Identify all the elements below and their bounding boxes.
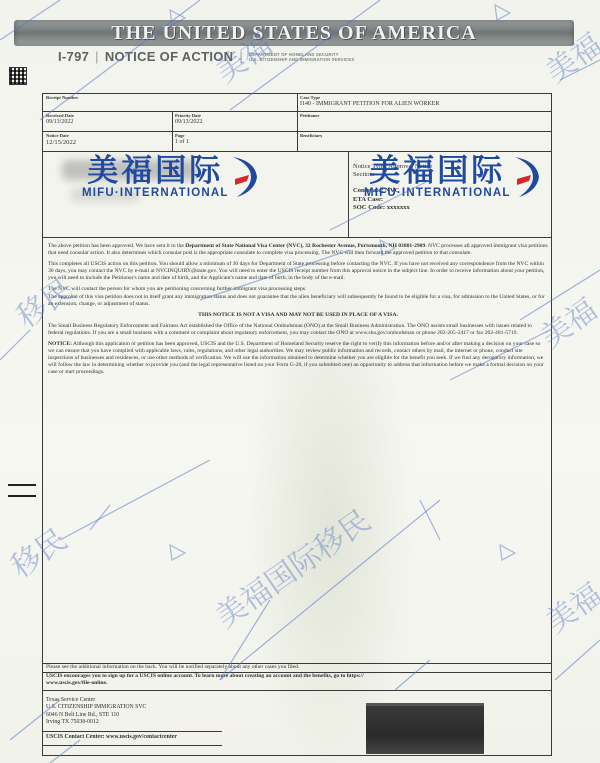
receipt-number-field: Receipt Number xyxy=(46,95,294,101)
divider xyxy=(42,151,552,152)
priority-date-field: Priority Date 09/13/2022 xyxy=(175,113,295,126)
form-number: I-797 xyxy=(58,49,89,64)
divider xyxy=(297,93,298,151)
received-date-field: Received Date 09/13/2022 xyxy=(46,113,170,126)
mifu-logo: 美福国际 MIFU·INTERNATIONAL xyxy=(82,155,259,199)
department-name: Department of Homeland Security U.S. Cit… xyxy=(249,52,354,62)
divider xyxy=(42,237,552,238)
divider xyxy=(42,690,552,691)
page-field: Page 1 of 1 xyxy=(175,133,295,146)
divider xyxy=(172,111,173,151)
see-back-note: Please see the additional information on… xyxy=(46,664,299,671)
contact-center[interactable]: USCIS Contact Center: www.uscis.gov/cont… xyxy=(46,734,177,741)
form-name: NOTICE OF ACTION xyxy=(105,49,234,64)
title-separator: | xyxy=(239,49,243,64)
divider xyxy=(42,745,222,746)
online-account-note: USCIS encourages you to sign up for a US… xyxy=(46,673,546,687)
redacted-barcode-stamp xyxy=(366,703,484,754)
file-online-link[interactable]: www.uscis.gov/file-online. xyxy=(46,680,107,686)
logo-swoosh-icon xyxy=(513,155,541,199)
notice-body: The above petition has been approved. We… xyxy=(48,243,548,381)
verification-notice: NOTICE: Although this application or pet… xyxy=(48,341,548,376)
case-type-field: Case Type I140 - IMMIGRANT PETITION FOR … xyxy=(300,95,548,108)
divider xyxy=(348,151,349,237)
service-center-address: Texas Service Center U.S. CITIZENSHIP IM… xyxy=(46,697,146,726)
petitioner-field: Petitioner xyxy=(300,113,548,119)
ombudsman-paragraph: The Small Business Regulatory Enforcemen… xyxy=(48,323,548,337)
title-separator: | xyxy=(95,49,99,64)
divider xyxy=(42,731,222,732)
processing-paragraph: This completes all USCIS action on this … xyxy=(48,261,548,282)
logo-swoosh-icon xyxy=(231,155,259,199)
notice-date-field: Notice Date 12/15/2022 xyxy=(46,133,170,146)
form-title: I-797 | NOTICE OF ACTION | Department of… xyxy=(58,49,354,64)
nvc-contact-paragraph: The NVC will contact the person for whom… xyxy=(48,286,548,293)
beneficiary-field: Beneficiary xyxy=(300,133,548,139)
double-line-mark xyxy=(8,484,36,497)
mifu-logo: 美福国际 MIFU·INTERNATIONAL xyxy=(364,155,541,199)
not-a-visa-warning: THIS NOTICE IS NOT A VISA AND MAY NOT BE… xyxy=(48,312,548,319)
qr-code-icon xyxy=(9,67,27,85)
approval-paragraph: The above petition has been approved. We… xyxy=(48,243,548,257)
status-disclaimer-paragraph: The approval of this visa petition does … xyxy=(48,294,548,308)
country-banner: THE UNITED STATES OF AMERICA xyxy=(14,20,574,46)
